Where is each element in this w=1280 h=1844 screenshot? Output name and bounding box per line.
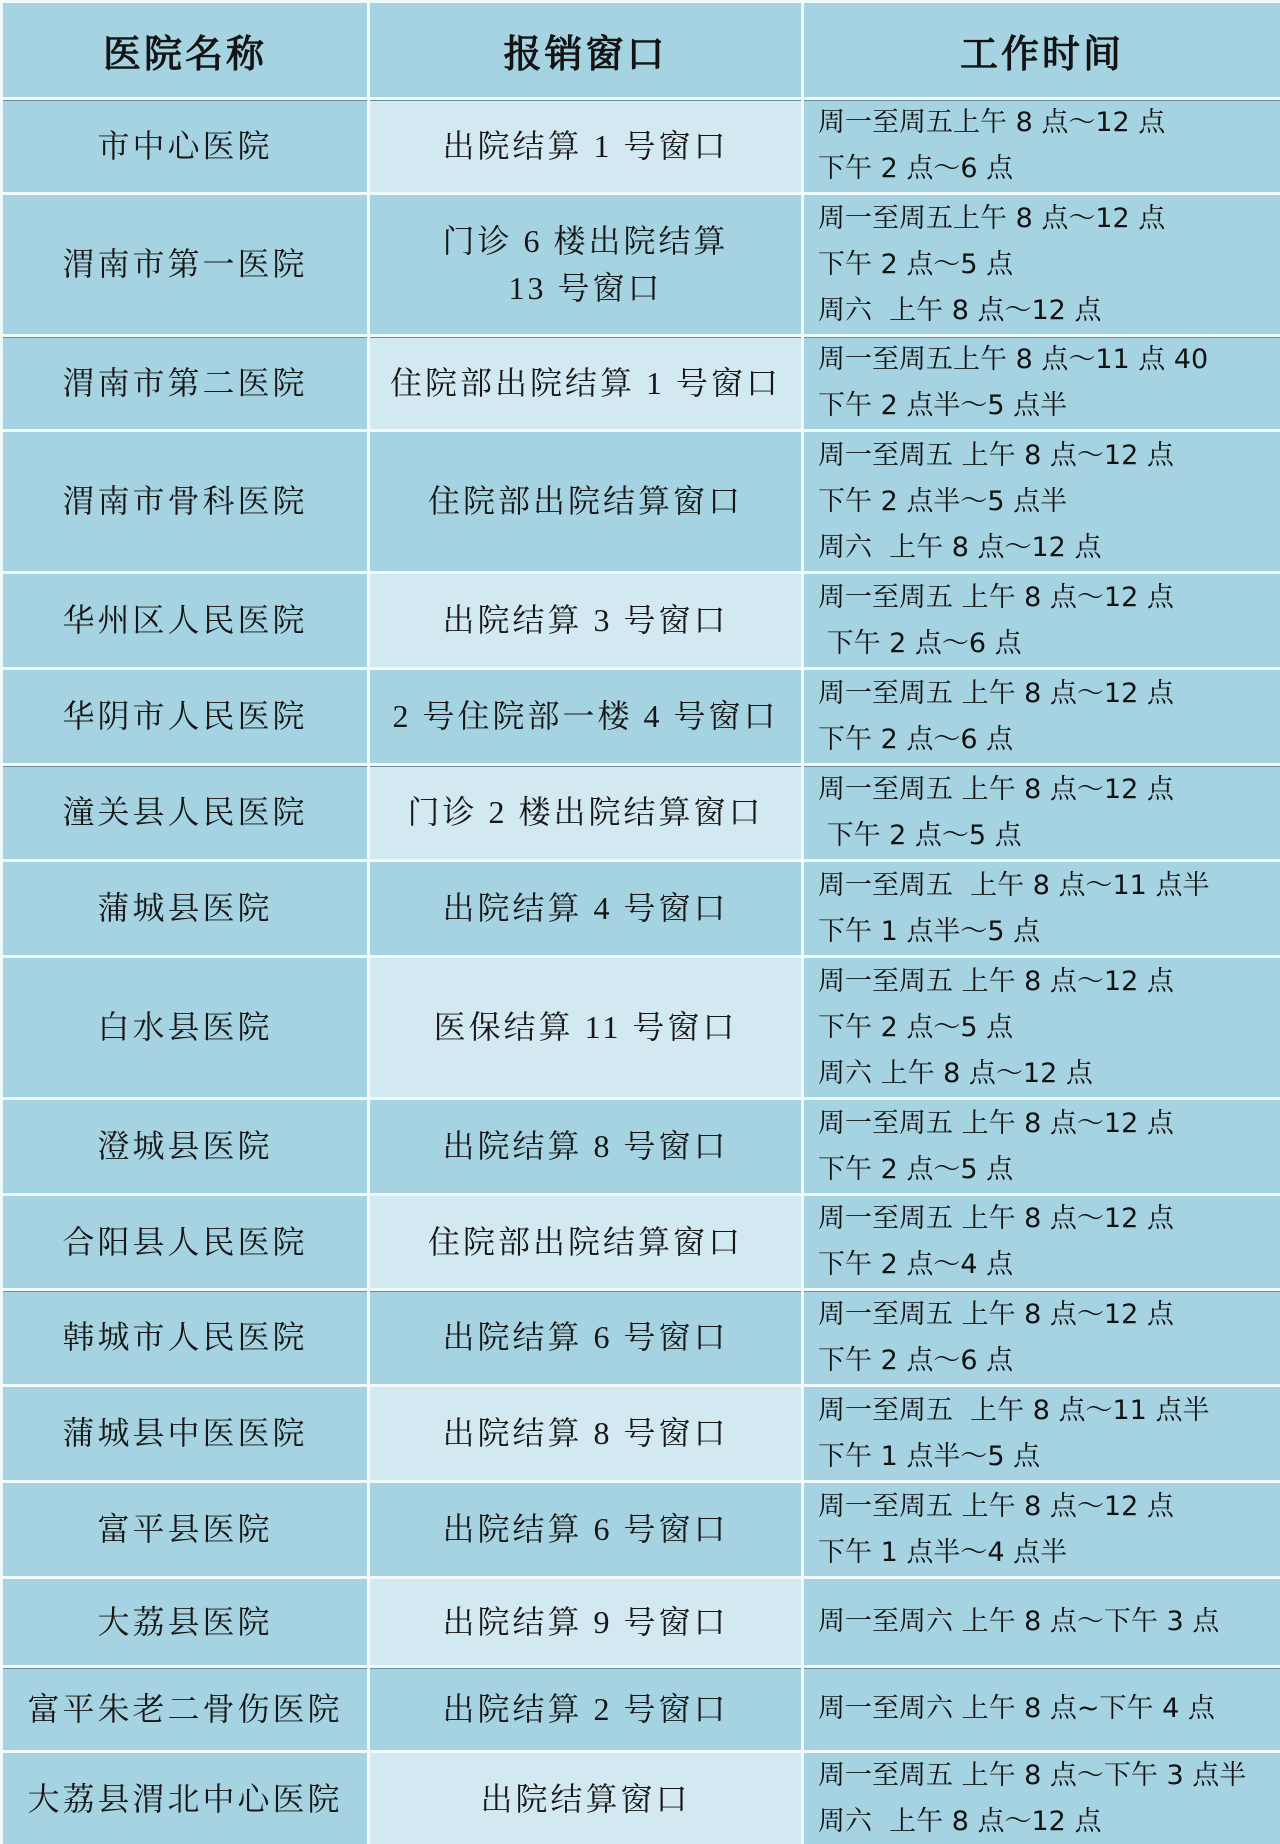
hours-line: 下午 1 点半～4 点半: [818, 1530, 1280, 1576]
header-reimbursement-window: 报销窗口: [370, 3, 801, 97]
hospital-name: 渭南市第二医院: [62, 360, 307, 407]
table-row: 华阴市人民医院 2 号住院部一楼 4 号窗口 周一至周五 上午 8 点～12 点…: [3, 670, 1280, 763]
hours-line: 周一至周五 上午 8 点～12 点: [818, 575, 1280, 621]
hours-line: 下午 2 点～6 点: [818, 1338, 1280, 1384]
reimbursement-window-cell: 住院部出院结算窗口: [370, 432, 801, 571]
reimbursement-window-cell: 住院部出院结算 1 号窗口: [370, 337, 801, 429]
hospital-name-cell: 大荔县医院: [3, 1579, 367, 1665]
table-row: 澄城县医院 出院结算 8 号窗口 周一至周五 上午 8 点～12 点 下午 2 …: [3, 1100, 1280, 1193]
hospital-name: 富平县医院: [97, 1506, 272, 1553]
hospital-name-cell: 蒲城县医院: [3, 862, 367, 955]
window-text: 出院结算 3 号窗口: [442, 597, 728, 644]
hospital-name: 渭南市第一医院: [62, 241, 307, 288]
window-text: 13 号窗口: [508, 265, 662, 312]
hours-line: 周六 上午 8 点～12 点: [818, 1051, 1280, 1097]
window-text: 2 号住院部一楼 4 号窗口: [392, 693, 778, 740]
hospital-name: 韩城市人民医院: [62, 1314, 307, 1361]
table-row: 大荔县渭北中心医院 出院结算窗口 周一至周五 上午 8 点～下午 3 点半 周六…: [3, 1753, 1280, 1844]
hospital-name: 蒲城县医院: [97, 885, 272, 932]
hours-line: 周一至周六 上午 8 点～下午 3 点: [818, 1599, 1280, 1645]
hours-line: 周六 上午 8 点～12 点: [818, 525, 1280, 571]
hours-line: 周一至周五上午 8 点～12 点: [818, 196, 1280, 242]
reimbursement-window-cell: 出院结算 2 号窗口: [370, 1668, 801, 1750]
hospital-name: 富平朱老二骨伤医院: [27, 1686, 342, 1733]
window-text: 出院结算 6 号窗口: [442, 1506, 728, 1553]
window-text: 出院结算窗口: [480, 1776, 690, 1823]
reimbursement-window-cell: 门诊 6 楼出院结算 13 号窗口: [370, 195, 801, 334]
reimbursement-window-cell: 出院结算 6 号窗口: [370, 1483, 801, 1576]
working-hours-cell: 周一至周五上午 8 点～11 点 40 下午 2 点半～5 点半: [804, 337, 1280, 429]
hours-line: 下午 2 点半～5 点半: [818, 383, 1280, 429]
working-hours-cell: 周一至周五 上午 8 点～下午 3 点半 周六 上午 8 点～12 点: [804, 1753, 1280, 1844]
hospital-name: 澄城县医院: [97, 1123, 272, 1170]
reimbursement-window-cell: 出院结算 6 号窗口: [370, 1291, 801, 1384]
hours-line: 周一至周五上午 8 点～12 点: [818, 100, 1280, 146]
window-text: 出院结算 1 号窗口: [442, 123, 728, 170]
hours-line: 下午 2 点～6 点: [818, 717, 1280, 763]
hospital-name-cell: 富平县医院: [3, 1483, 367, 1576]
hours-line: 周一至周五 上午 8 点～12 点: [818, 1292, 1280, 1338]
hospital-name-cell: 大荔县渭北中心医院: [3, 1753, 367, 1844]
hospital-name: 合阳县人民医院: [62, 1219, 307, 1266]
table-row: 蒲城县医院 出院结算 4 号窗口 周一至周五 上午 8 点～11 点半 下午 1…: [3, 862, 1280, 955]
table-row: 华州区人民医院 出院结算 3 号窗口 周一至周五 上午 8 点～12 点 下午 …: [3, 574, 1280, 667]
hospital-name-cell: 韩城市人民医院: [3, 1291, 367, 1384]
hospital-name: 大荔县医院: [97, 1599, 272, 1646]
working-hours-cell: 周一至周五 上午 8 点～12 点 下午 2 点～6 点: [804, 1291, 1280, 1384]
hours-line: 周一至周五 上午 8 点～下午 3 点半: [818, 1753, 1280, 1799]
hours-line: 周一至周五 上午 8 点～12 点: [818, 1484, 1280, 1530]
working-hours-cell: 周一至周五 上午 8 点～12 点 下午 2 点半～5 点半 周六 上午 8 点…: [804, 432, 1280, 571]
working-hours-cell: 周一至周五 上午 8 点～12 点 下午 2 点～5 点: [804, 766, 1280, 859]
hospital-name-cell: 潼关县人民医院: [3, 766, 367, 859]
hospital-name-cell: 合阳县人民医院: [3, 1196, 367, 1288]
table-row: 渭南市第一医院 门诊 6 楼出院结算 13 号窗口 周一至周五上午 8 点～12…: [3, 195, 1280, 334]
hospital-name-cell: 渭南市骨科医院: [3, 432, 367, 571]
hours-line: 周一至周五 上午 8 点～12 点: [818, 767, 1280, 813]
hours-line: 周一至周五上午 8 点～11 点 40: [818, 337, 1280, 383]
reimbursement-window-cell: 出院结算 8 号窗口: [370, 1387, 801, 1480]
table-row: 市中心医院 出院结算 1 号窗口 周一至周五上午 8 点～12 点 下午 2 点…: [3, 100, 1280, 192]
table-row: 韩城市人民医院 出院结算 6 号窗口 周一至周五 上午 8 点～12 点 下午 …: [3, 1291, 1280, 1384]
hospital-reimbursement-table: 医院名称 报销窗口 工作时间 市中心医院 出院结算 1 号窗口 周一至周五上午 …: [0, 0, 1280, 1844]
hours-line: 周六 上午 8 点～12 点: [818, 1799, 1280, 1844]
window-text: 出院结算 8 号窗口: [442, 1410, 728, 1457]
hospital-name-cell: 市中心医院: [3, 100, 367, 192]
hospital-name: 蒲城县中医医院: [62, 1410, 307, 1457]
window-text: 出院结算 9 号窗口: [442, 1599, 728, 1646]
working-hours-cell: 周一至周五 上午 8 点～12 点 下午 2 点～6 点: [804, 574, 1280, 667]
reimbursement-window-cell: 出院结算 3 号窗口: [370, 574, 801, 667]
reimbursement-window-cell: 出院结算 4 号窗口: [370, 862, 801, 955]
hospital-name-cell: 白水县医院: [3, 958, 367, 1097]
working-hours-cell: 周一至周五上午 8 点～12 点 下午 2 点～5 点 周六 上午 8 点～12…: [804, 195, 1280, 334]
hours-line: 下午 2 点～5 点: [818, 1005, 1280, 1051]
reimbursement-window-cell: 住院部出院结算窗口: [370, 1196, 801, 1288]
hours-line: 周一至周五 上午 8 点～11 点半: [818, 1388, 1280, 1434]
working-hours-cell: 周一至周六 上午 8 点~下午 4 点: [804, 1668, 1280, 1750]
hospital-name-cell: 澄城县医院: [3, 1100, 367, 1193]
window-text: 门诊 2 楼出院结算窗口: [407, 789, 763, 836]
table-row: 渭南市第二医院 住院部出院结算 1 号窗口 周一至周五上午 8 点～11 点 4…: [3, 337, 1280, 429]
hours-line: 下午 2 点半～5 点半: [818, 479, 1280, 525]
hospital-name: 华阴市人民医院: [62, 693, 307, 740]
working-hours-cell: 周一至周六 上午 8 点～下午 3 点: [804, 1579, 1280, 1665]
working-hours-cell: 周一至周五 上午 8 点～12 点 下午 2 点～6 点: [804, 670, 1280, 763]
hours-line: 周一至周五 上午 8 点～12 点: [818, 959, 1280, 1005]
hospital-name: 白水县医院: [97, 1004, 272, 1051]
hours-line: 周一至周六 上午 8 点~下午 4 点: [818, 1686, 1280, 1732]
hospital-name-cell: 渭南市第二医院: [3, 337, 367, 429]
working-hours-cell: 周一至周五 上午 8 点～12 点 下午 2 点～5 点: [804, 1100, 1280, 1193]
hours-line: 下午 1 点半～5 点: [818, 909, 1280, 955]
table-header-row: 医院名称 报销窗口 工作时间: [3, 3, 1280, 97]
table-row: 蒲城县中医医院 出院结算 8 号窗口 周一至周五 上午 8 点～11 点半 下午…: [3, 1387, 1280, 1480]
window-text: 出院结算 8 号窗口: [442, 1123, 728, 1170]
window-text: 出院结算 2 号窗口: [442, 1686, 728, 1733]
reimbursement-window-cell: 出院结算 9 号窗口: [370, 1579, 801, 1665]
working-hours-cell: 周一至周五上午 8 点～12 点 下午 2 点～6 点: [804, 100, 1280, 192]
working-hours-cell: 周一至周五 上午 8 点～11 点半 下午 1 点半～5 点: [804, 862, 1280, 955]
hours-line: 周一至周五 上午 8 点～12 点: [818, 433, 1280, 479]
working-hours-cell: 周一至周五 上午 8 点～11 点半 下午 1 点半～5 点: [804, 1387, 1280, 1480]
reimbursement-window-cell: 门诊 2 楼出院结算窗口: [370, 766, 801, 859]
hours-line: 下午 2 点～4 点: [818, 1242, 1280, 1288]
hospital-name: 市中心医院: [97, 123, 272, 170]
window-text: 住院部出院结算窗口: [428, 478, 743, 525]
window-text: 住院部出院结算 1 号窗口: [390, 360, 781, 407]
hours-line: 下午 2 点～5 点: [818, 813, 1280, 859]
table-row: 渭南市骨科医院 住院部出院结算窗口 周一至周五 上午 8 点～12 点 下午 2…: [3, 432, 1280, 571]
window-text: 出院结算 6 号窗口: [442, 1314, 728, 1361]
window-text: 住院部出院结算窗口: [428, 1219, 743, 1266]
hours-line: 周一至周五 上午 8 点～12 点: [818, 1196, 1280, 1242]
hospital-name-cell: 富平朱老二骨伤医院: [3, 1668, 367, 1750]
hours-line: 下午 2 点～6 点: [818, 621, 1280, 667]
table-row: 合阳县人民医院 住院部出院结算窗口 周一至周五 上午 8 点～12 点 下午 2…: [3, 1196, 1280, 1288]
table-row: 富平朱老二骨伤医院 出院结算 2 号窗口 周一至周六 上午 8 点~下午 4 点: [3, 1668, 1280, 1750]
table-row: 大荔县医院 出院结算 9 号窗口 周一至周六 上午 8 点～下午 3 点: [3, 1579, 1280, 1665]
header-working-hours: 工作时间: [804, 3, 1280, 97]
hospital-name: 渭南市骨科医院: [62, 478, 307, 525]
hospital-name: 大荔县渭北中心医院: [27, 1776, 342, 1823]
hours-line: 下午 2 点～5 点: [818, 1147, 1280, 1193]
table-row: 潼关县人民医院 门诊 2 楼出院结算窗口 周一至周五 上午 8 点～12 点 下…: [3, 766, 1280, 859]
hospital-name-cell: 蒲城县中医医院: [3, 1387, 367, 1480]
working-hours-cell: 周一至周五 上午 8 点～12 点 下午 2 点～4 点: [804, 1196, 1280, 1288]
reimbursement-window-cell: 2 号住院部一楼 4 号窗口: [370, 670, 801, 763]
header-hospital-name: 医院名称: [3, 3, 367, 97]
hours-line: 周六 上午 8 点～12 点: [818, 288, 1280, 334]
hours-line: 下午 2 点～6 点: [818, 146, 1280, 192]
hospital-name-cell: 华阴市人民医院: [3, 670, 367, 763]
window-text: 出院结算 4 号窗口: [442, 885, 728, 932]
reimbursement-window-cell: 出院结算 8 号窗口: [370, 1100, 801, 1193]
window-text: 医保结算 11 号窗口: [434, 1004, 738, 1051]
hospital-name-cell: 华州区人民医院: [3, 574, 367, 667]
hours-line: 周一至周五 上午 8 点～12 点: [818, 1101, 1280, 1147]
table-row: 富平县医院 出院结算 6 号窗口 周一至周五 上午 8 点～12 点 下午 1 …: [3, 1483, 1280, 1576]
working-hours-cell: 周一至周五 上午 8 点～12 点 下午 2 点～5 点 周六 上午 8 点～1…: [804, 958, 1280, 1097]
hospital-name: 华州区人民医院: [62, 597, 307, 644]
hours-line: 下午 2 点～5 点: [818, 242, 1280, 288]
hours-line: 下午 1 点半～5 点: [818, 1434, 1280, 1480]
working-hours-cell: 周一至周五 上午 8 点～12 点 下午 1 点半～4 点半: [804, 1483, 1280, 1576]
hours-line: 周一至周五 上午 8 点～11 点半: [818, 863, 1280, 909]
hospital-name-cell: 渭南市第一医院: [3, 195, 367, 334]
window-text: 门诊 6 楼出院结算: [442, 218, 728, 265]
hours-line: 周一至周五 上午 8 点～12 点: [818, 671, 1280, 717]
reimbursement-window-cell: 出院结算窗口: [370, 1753, 801, 1844]
reimbursement-window-cell: 医保结算 11 号窗口: [370, 958, 801, 1097]
reimbursement-window-cell: 出院结算 1 号窗口: [370, 100, 801, 192]
hospital-name: 潼关县人民医院: [62, 789, 307, 836]
table-row: 白水县医院 医保结算 11 号窗口 周一至周五 上午 8 点～12 点 下午 2…: [3, 958, 1280, 1097]
